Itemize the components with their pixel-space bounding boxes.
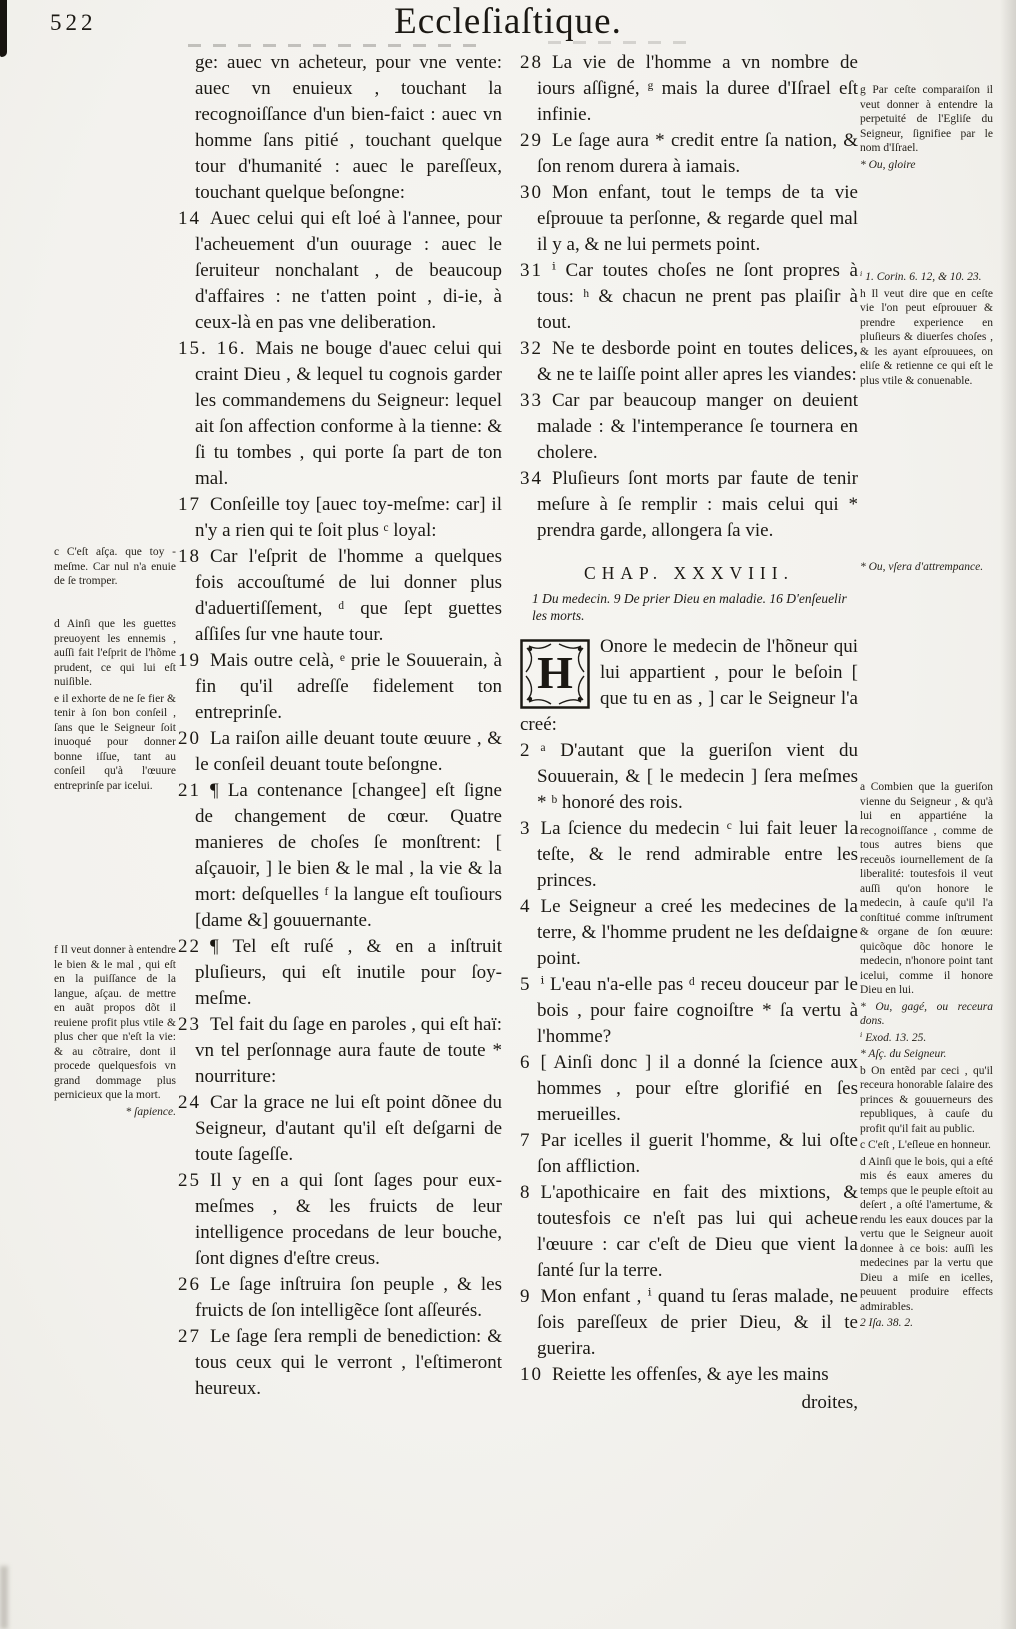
verse-text: ¶ Tel eſt ruſé , & en a inſtruit pluſieu… — [195, 936, 502, 1009]
margin-ref-isaie: 2 Iſa. 38. 2. — [860, 1316, 993, 1331]
verse-number: 33 — [520, 390, 543, 411]
left-margin-note-group-f: f Il veut donner à entendre le bien & le… — [54, 943, 176, 1121]
verse-24: 24Car la grace ne lui eſt point dõnee du… — [178, 1090, 502, 1168]
verse-14: 14Auec celui qui eſt loé à l'annee, pour… — [178, 206, 502, 336]
left-text-column: ge: auec vn acheteur, pour vne vente: au… — [178, 50, 502, 1402]
drop-cap-letter: H — [537, 660, 573, 686]
margin-note-f: f Il veut donner à entendre le bien & le… — [54, 943, 176, 1103]
verse-text: La vie de l'homme a vn nombre de iours a… — [537, 52, 858, 125]
verse-number: 2 — [520, 740, 532, 761]
margin-ref-gloire: * Ou, gloire — [860, 158, 993, 173]
margin-ref-sapience: * ſapience. — [54, 1105, 176, 1120]
right-margin-note-group-a: a Combien que la gueriſon vienne du Seig… — [860, 780, 993, 1333]
scan-artifact-bottom-left — [0, 1566, 8, 1629]
verse-number: 30 — [520, 182, 543, 203]
verse-text: Car par beaucoup manger on deuient malad… — [537, 390, 858, 463]
verse-text: Car la grace ne lui eſt point dõnee du S… — [195, 1092, 502, 1165]
verse-10: 10Reiette les offenſes, & aye les mains — [520, 1362, 858, 1388]
verse-text: La raiſon aille deuant toute œuure , & l… — [195, 728, 502, 775]
verse-5: 5ⁱ L'eau n'a-elle pas ᵈ receu douceur pa… — [520, 972, 858, 1050]
verse-8: 8L'apothicaire en fait des mixtions, & t… — [520, 1180, 858, 1284]
verse-text: Il y en a qui ſont ſages pour eux-meſmes… — [195, 1170, 502, 1269]
verse-number: 10 — [520, 1364, 543, 1385]
verse-2: 2ᵃ D'autant que la gueriſon vient du Sou… — [520, 738, 858, 816]
margin-note-d: d Ainſi que les guettes preuoyent les en… — [54, 617, 176, 690]
verse-23: 23Tel fait du ſage en paroles , qui eſt … — [178, 1012, 502, 1090]
margin-ref-corinthiens: ⁱ 1. Corin. 6. 12, & 10. 23. — [860, 270, 993, 285]
verse-number: 6 — [520, 1052, 532, 1073]
verse-number: 18 — [178, 546, 201, 567]
right-margin-note-group-h: ⁱ 1. Corin. 6. 12, & 10. 23. h Il veut d… — [860, 270, 993, 390]
margin-ref-ascavoir: * Aſç. du Seigneur. — [860, 1047, 993, 1062]
verse-text: Tel fait du ſage en paroles , qui eſt ha… — [195, 1014, 502, 1087]
verse-number: 34 — [520, 468, 543, 489]
verse-number: 23 — [178, 1014, 201, 1035]
margin-ref-exode: ⁱ Exod. 13. 25. — [860, 1031, 993, 1046]
margin-note-a: a Combien que la gueriſon vienne du Seig… — [860, 780, 993, 998]
verse-text: Auec celui qui eſt loé à l'annee, pour l… — [195, 208, 502, 333]
verse-17: 17Conſeille toy [auec toy-meſme: car] il… — [178, 492, 502, 544]
verse-text: Pluſieurs ſont morts par faute de tenir … — [537, 468, 858, 541]
verse-text: Mon enfant, tout le temps de ta vie eſpr… — [537, 182, 858, 255]
verse-30: 30Mon enfant, tout le temps de ta vie eſ… — [520, 180, 858, 258]
verse-number: 5 — [520, 974, 532, 995]
verse-text: Mais outre celà, ᵉ prie le Souuerain, à … — [195, 650, 502, 723]
chapter-heading: CHAP. XXXVIII. — [520, 560, 858, 586]
verse-text: Car l'eſprit de l'homme a quelques fois … — [195, 546, 502, 645]
verse-text: Conſeille toy [auec toy-meſme: car] il n… — [195, 494, 502, 541]
verse-number: 7 — [520, 1130, 532, 1151]
right-margin-note-group-attrempance: * Ou, vſera d'attrempance. — [860, 560, 993, 577]
margin-note-d2: d Ainſi que le bois, qui a eſté mis és e… — [860, 1155, 993, 1315]
verse-text: Ne te desborde point en toutes delices, … — [537, 338, 858, 385]
right-margin-note-group-g: g Par ceſte comparaiſon il veut donner à… — [860, 83, 993, 174]
verse-text: ⁱ L'eau n'a-elle pas ᵈ receu douceur par… — [537, 974, 858, 1047]
margin-ref-attrempance: * Ou, vſera d'attrempance. — [860, 560, 993, 575]
verse-number: 20 — [178, 728, 201, 749]
margin-note-e: e il exhorte de ne ſe fier & tenir à ſon… — [54, 692, 176, 794]
verse-continuation: ge: auec vn acheteur, pour vne vente: au… — [178, 50, 502, 206]
verse-number: 27 — [178, 1326, 201, 1347]
margin-ref-dons: * Ou, gagé, ou receura dons. — [860, 1000, 993, 1029]
verse-21: 21¶ La contenance [changee] eſt ſigne de… — [178, 778, 502, 934]
verse-number: 8 — [520, 1182, 532, 1203]
verse-number: 28 — [520, 52, 543, 73]
verse-text: Le ſage ſera rempli de benediction: & to… — [195, 1326, 502, 1399]
verse-number: 24 — [178, 1092, 201, 1113]
verse-25: 25Il y en a qui ſont ſages pour eux-meſm… — [178, 1168, 502, 1272]
book-page: 522 Eccleſiaſtique. c C'eſt aſça. que to… — [0, 0, 1016, 1629]
running-title: Eccleſiaſtique. — [0, 0, 1016, 43]
verse-text: La ſcience du medecin ᶜ lui fait leuer l… — [537, 818, 858, 891]
verse-text: Mon enfant , ⁱ quand tu ſeras malade, ne… — [537, 1286, 858, 1359]
verse-text: ⁱ Car toutes choſes ne ſont propres à to… — [537, 260, 858, 333]
verse-18: 18Car l'eſprit de l'homme a quelques foi… — [178, 544, 502, 648]
right-text-column: 28La vie de l'homme a vn nombre de iours… — [520, 50, 858, 1416]
verse-3: 3La ſcience du medecin ᶜ lui fait leuer … — [520, 816, 858, 894]
verse-22: 22¶ Tel eſt ruſé , & en a inſtruit pluſi… — [178, 934, 502, 1012]
verse-26: 26Le ſage inſtruira ſon peuple , & les f… — [178, 1272, 502, 1324]
verse-33: 33Car par beaucoup manger on deuient mal… — [520, 388, 858, 466]
verse-number: 31 — [520, 260, 543, 281]
verse-text: Le Seigneur a creé les medecines de la t… — [537, 896, 858, 969]
catchword: droites, — [520, 1390, 858, 1416]
verse-text: ge: auec vn acheteur, pour vne vente: au… — [195, 52, 502, 203]
verse-number: 32 — [520, 338, 543, 359]
verse-31: 31ⁱ Car toutes choſes ne ſont propres à … — [520, 258, 858, 336]
chapter-argument: 1 Du medecin. 9 De prier Dieu en maladie… — [520, 590, 858, 624]
drop-cap-initial: H — [520, 639, 590, 709]
verse-28: 28La vie de l'homme a vn nombre de iours… — [520, 50, 858, 128]
verse-number: 25 — [178, 1170, 201, 1191]
verse-text: ᵃ D'autant que la gueriſon vient du Souu… — [537, 740, 858, 813]
verse-29: 29Le ſage aura * credit entre ſa nation,… — [520, 128, 858, 180]
verse-4: 4Le Seigneur a creé les medecines de la … — [520, 894, 858, 972]
verse-1: H Onore le medecin de l'hõneur qui lui a… — [520, 634, 858, 738]
verse-text: L'apothicaire en fait des mixtions, & to… — [537, 1182, 858, 1281]
margin-note-h: h Il veut dire que en ceſte vie l'on peu… — [860, 287, 993, 389]
verse-20: 20La raiſon aille deuant toute œuure , &… — [178, 726, 502, 778]
verse-7: 7Par icelles il guerit l'homme, & lui oſ… — [520, 1128, 858, 1180]
left-margin-note-group-de: d Ainſi que les guettes preuoyent les en… — [54, 617, 176, 795]
margin-note-g: g Par ceſte comparaiſon il veut donner à… — [860, 83, 993, 156]
verse-number: 15. 16. — [178, 338, 247, 359]
verse-text: Le ſage aura * credit entre ſa nation, &… — [537, 130, 858, 177]
verse-number: 22 — [178, 936, 201, 957]
margin-note-b: b On entẽd par ceci , qu'il receura hono… — [860, 1064, 993, 1137]
margin-note-c2: c C'eſt , L'eſleue en honneur. — [860, 1138, 993, 1153]
verse-text: Le ſage inſtruira ſon peuple , & les fru… — [195, 1274, 502, 1321]
verse-number: 19 — [178, 650, 201, 671]
verse-text: Par icelles il guerit l'homme, & lui oſt… — [537, 1130, 858, 1177]
margin-note-c: c C'eſt aſça. que toy - meſme. Car nul n… — [54, 545, 176, 589]
verse-34: 34Pluſieurs ſont morts par faute de teni… — [520, 466, 858, 544]
verse-27: 27Le ſage ſera rempli de benediction: & … — [178, 1324, 502, 1402]
verse-number: 9 — [520, 1286, 532, 1307]
verse-32: 32Ne te desborde point en toutes delices… — [520, 336, 858, 388]
verse-number: 21 — [178, 780, 201, 801]
verse-text: ¶ La contenance [changee] eſt ſigne de c… — [195, 780, 502, 931]
verse-text: Mais ne bouge d'auec celui qui craint Di… — [195, 338, 502, 489]
verse-19: 19Mais outre celà, ᵉ prie le Souuerain, … — [178, 648, 502, 726]
verse-number: 4 — [520, 896, 532, 917]
verse-text: [ Ainſi donc ] il a donné la ſcience aux… — [537, 1052, 858, 1125]
verse-9: 9Mon enfant , ⁱ quand tu ſeras malade, n… — [520, 1284, 858, 1362]
verse-number: 14 — [178, 208, 201, 229]
verse-number: 3 — [520, 818, 532, 839]
left-margin-note-group-c: c C'eſt aſça. que toy - meſme. Car nul n… — [54, 545, 176, 591]
verse-text: Reiette les offenſes, & aye les mains — [552, 1364, 829, 1385]
ink-bleed-marks-left — [188, 44, 480, 47]
verse-number: 17 — [178, 494, 201, 515]
verse-6: 6[ Ainſi donc ] il a donné la ſcience au… — [520, 1050, 858, 1128]
verse-number: 29 — [520, 130, 543, 151]
verse-15-16: 15. 16.Mais ne bouge d'auec celui qui cr… — [178, 336, 502, 492]
verse-number: 26 — [178, 1274, 201, 1295]
